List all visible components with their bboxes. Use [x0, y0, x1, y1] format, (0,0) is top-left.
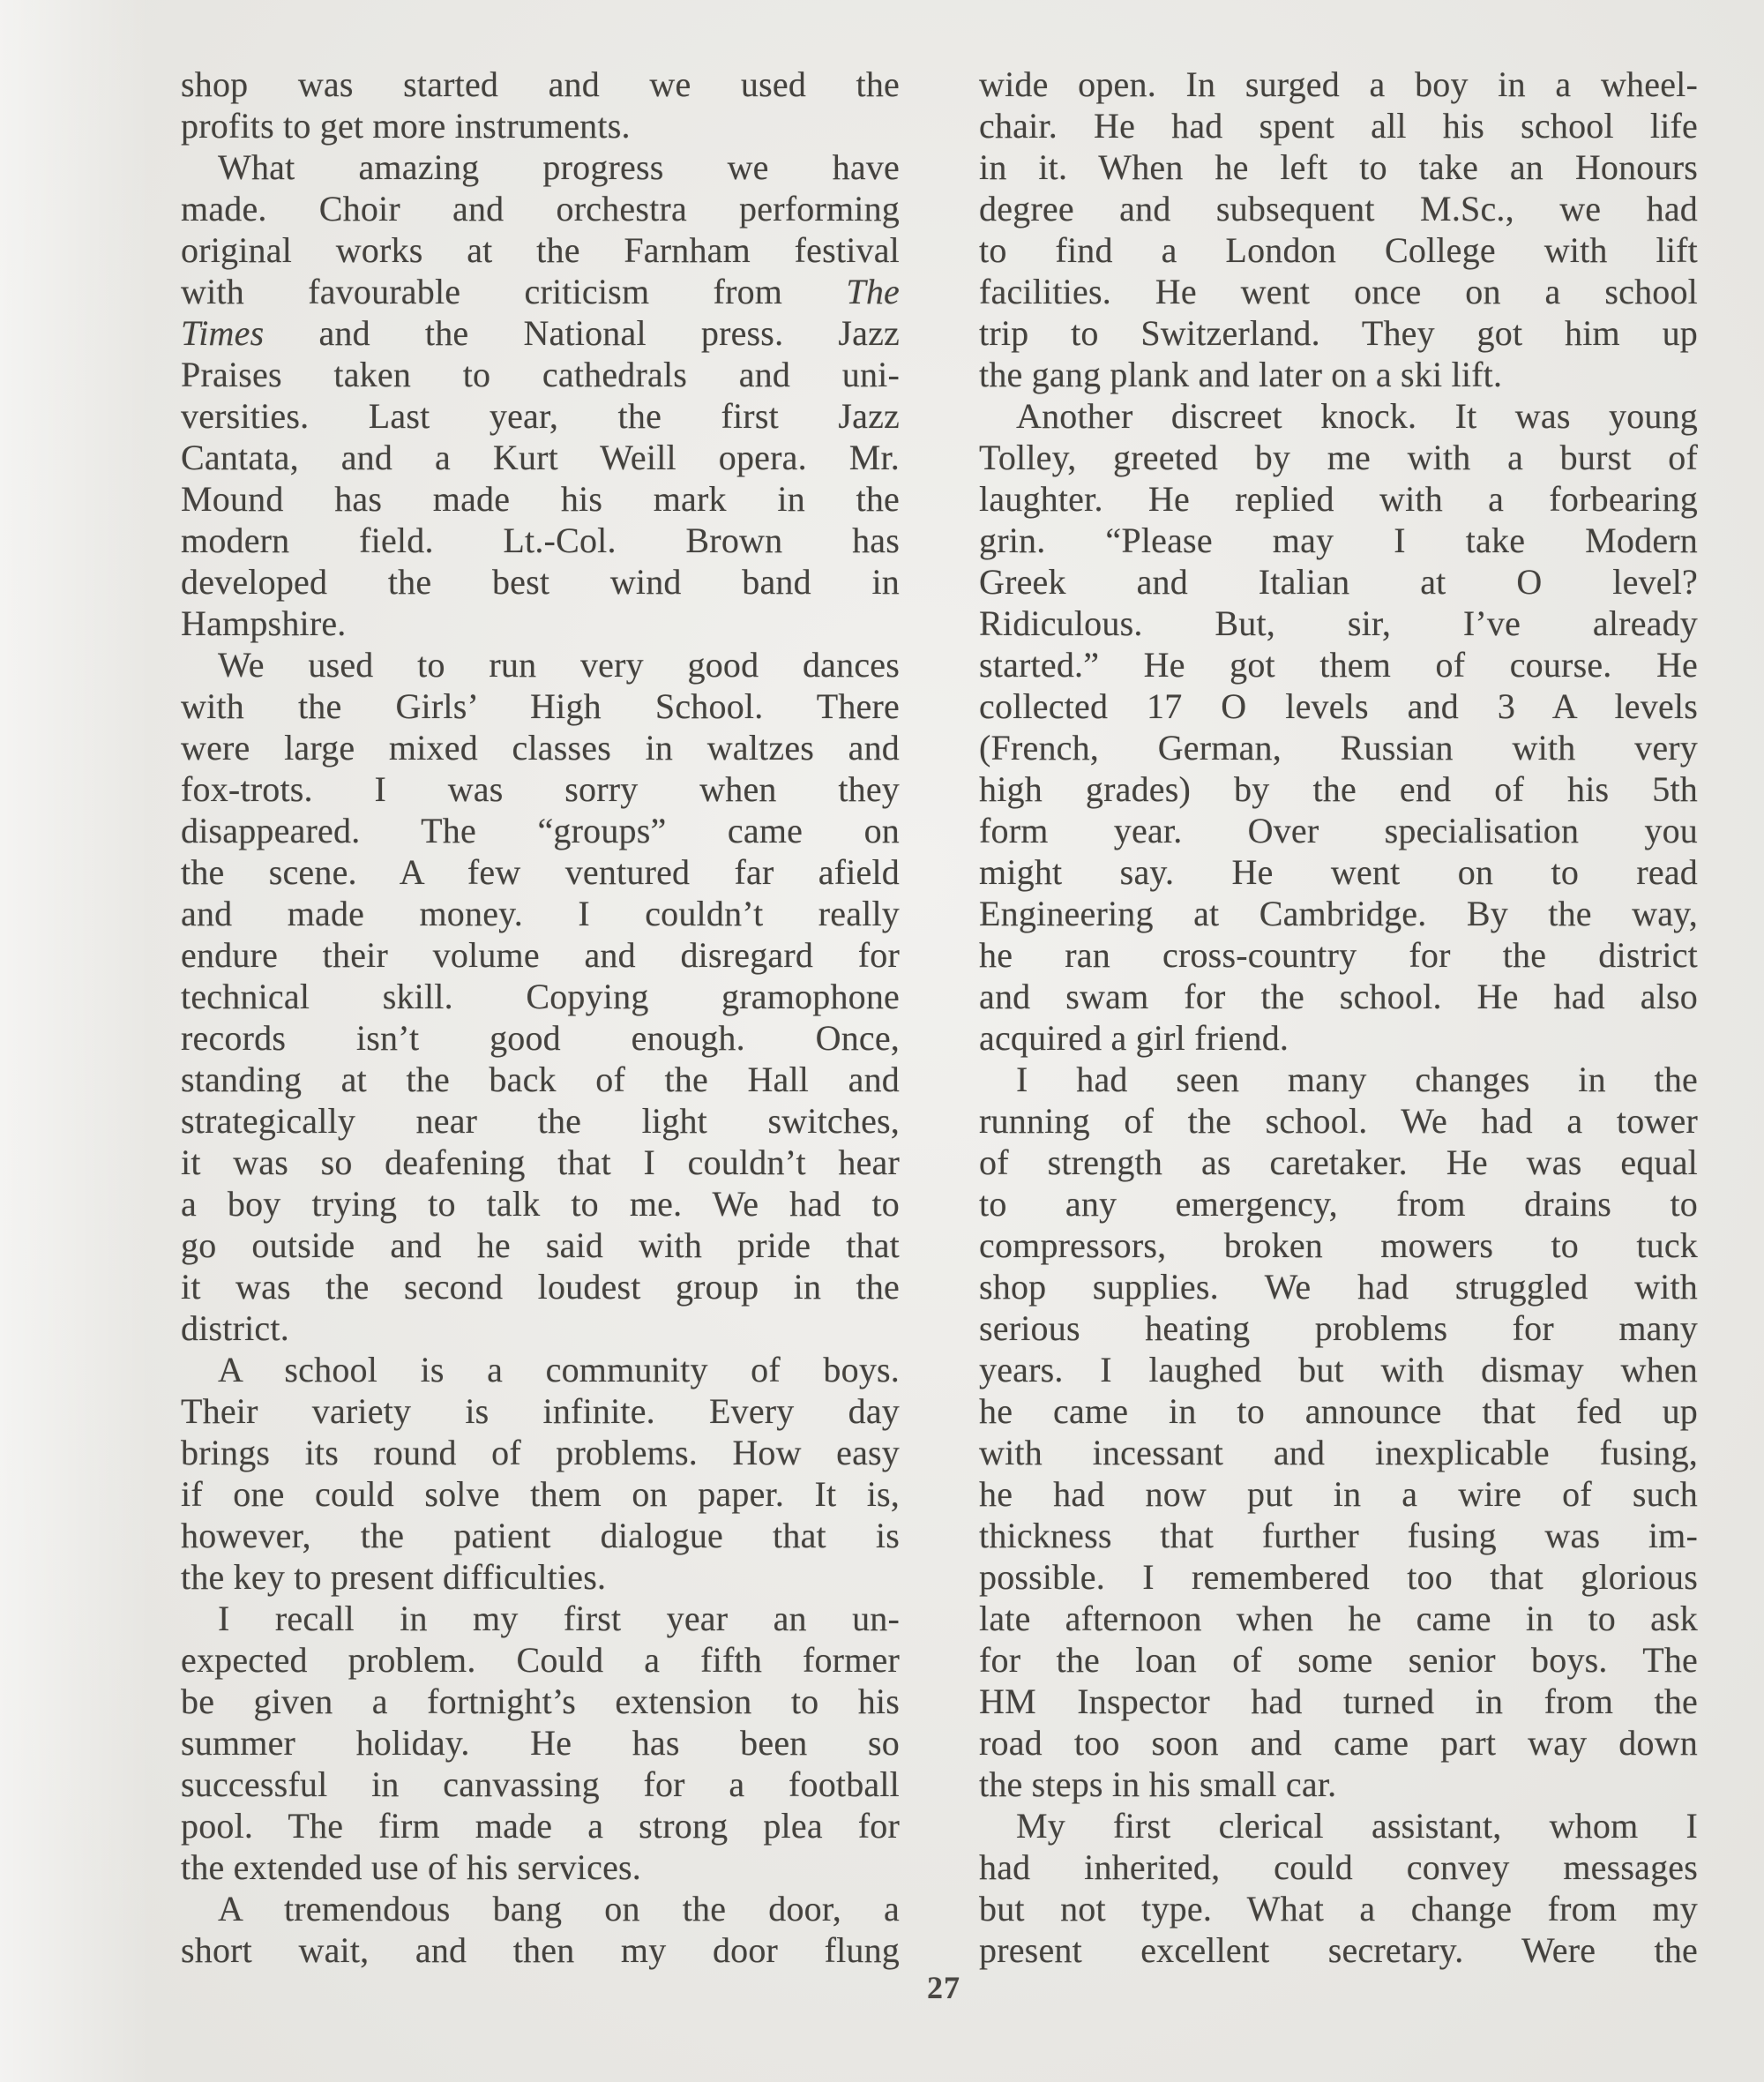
text-line: compressors, broken mowers to tuck: [979, 1224, 1698, 1266]
text-line: (French, German, Russian with very: [979, 727, 1698, 768]
text-line: the gang plank and later on a ski lift.: [979, 354, 1698, 395]
text-line: shop supplies. We had struggled with: [979, 1266, 1698, 1307]
text-line: but not type. What a change from my: [979, 1888, 1698, 1929]
text-line: Tolley, greeted by me with a burst of: [979, 437, 1698, 478]
text-line: made. Choir and orchestra performing: [181, 188, 900, 229]
text-line: short wait, and then my door flung: [181, 1929, 900, 1971]
text-line: and made money. I couldn’t really: [181, 893, 900, 934]
text-line: profits to get more instruments.: [181, 105, 900, 146]
text-line: versities. Last year, the first Jazz: [181, 395, 900, 437]
text-line: be given a fortnight’s extension to his: [181, 1681, 900, 1722]
text-line: with favourable criticism from The: [181, 271, 900, 312]
text-line: high grades) by the end of his 5th: [979, 768, 1698, 810]
text-line: Greek and Italian at O level?: [979, 561, 1698, 603]
text-line: district.: [181, 1307, 900, 1349]
text-line: laughter. He replied with a forbearing: [979, 478, 1698, 520]
text-line: the extended use of his services.: [181, 1846, 900, 1888]
text-line: to find a London College with lift: [979, 229, 1698, 271]
text-line: the steps in his small car.: [979, 1764, 1698, 1805]
text-line: Times and the National press. Jazz: [181, 312, 900, 354]
text-line: HM Inspector had turned in from the: [979, 1681, 1698, 1722]
text-line: grin. “Please may I take Modern: [979, 520, 1698, 561]
text-line: in it. When he left to take an Honours: [979, 146, 1698, 188]
text-line: facilities. He went once on a school: [979, 271, 1698, 312]
text-line: he came in to announce that fed up: [979, 1390, 1698, 1432]
text-column: shop was started and we used theprofits …: [181, 64, 900, 1971]
text-line: We used to run very good dances: [181, 644, 900, 685]
text-line: had inherited, could convey messages: [979, 1846, 1698, 1888]
text-line: were large mixed classes in waltzes and: [181, 727, 900, 768]
book-page: shop was started and we used theprofits …: [0, 0, 1764, 2082]
page-number: 27: [900, 1969, 988, 2006]
text-line: Mound has made his mark in the: [181, 478, 900, 520]
text-line: years. I laughed but with dismay when: [979, 1349, 1698, 1390]
text-line: the scene. A few ventured far afield: [181, 851, 900, 893]
text-line: Cantata, and a Kurt Weill opera. Mr.: [181, 437, 900, 478]
text-column: wide open. In surged a boy in a wheel-ch…: [979, 64, 1698, 1971]
text-line: form year. Over specialisation you: [979, 810, 1698, 851]
text-columns: shop was started and we used theprofits …: [181, 64, 1698, 1971]
text-line: developed the best wind band in: [181, 561, 900, 603]
text-line: collected 17 O levels and 3 A levels: [979, 685, 1698, 727]
text-line: technical skill. Copying gramophone: [181, 976, 900, 1017]
text-line: it was the second loudest group in the: [181, 1266, 900, 1307]
text-line: to any emergency, from drains to: [979, 1183, 1698, 1224]
text-line: pool. The firm made a strong plea for: [181, 1805, 900, 1846]
text-line: for the loan of some senior boys. The: [979, 1639, 1698, 1681]
text-line: present excellent secretary. Were the: [979, 1929, 1698, 1971]
text-line: Ridiculous. But, sir, I’ve already: [979, 603, 1698, 644]
text-line: go outside and he said with pride that: [181, 1224, 900, 1266]
text-line: I had seen many changes in the: [979, 1059, 1698, 1100]
text-line: he ran cross-country for the district: [979, 934, 1698, 976]
text-line: A tremendous bang on the door, a: [181, 1888, 900, 1929]
text-line: I recall in my first year an un-: [181, 1598, 900, 1639]
text-line: with incessant and inexplicable fusing,: [979, 1432, 1698, 1473]
text-line: What amazing progress we have: [181, 146, 900, 188]
text-line: road too soon and came part way down: [979, 1722, 1698, 1764]
text-line: records isn’t good enough. Once,: [181, 1017, 900, 1059]
text-line: and swam for the school. He had also: [979, 976, 1698, 1017]
text-line: Another discreet knock. It was young: [979, 395, 1698, 437]
text-line: it was so deafening that I couldn’t hear: [181, 1142, 900, 1183]
text-line: Praises taken to cathedrals and uni-: [181, 354, 900, 395]
text-line: chair. He had spent all his school life: [979, 105, 1698, 146]
text-line: acquired a girl friend.: [979, 1017, 1698, 1059]
text-line: original works at the Farnham festival: [181, 229, 900, 271]
text-line: if one could solve them on paper. It is,: [181, 1473, 900, 1515]
text-line: running of the school. We had a tower: [979, 1100, 1698, 1142]
text-line: serious heating problems for many: [979, 1307, 1698, 1349]
text-line: wide open. In surged a boy in a wheel-: [979, 64, 1698, 105]
text-line: with the Girls’ High School. There: [181, 685, 900, 727]
text-line: might say. He went on to read: [979, 851, 1698, 893]
text-line: Engineering at Cambridge. By the way,: [979, 893, 1698, 934]
text-line: standing at the back of the Hall and: [181, 1059, 900, 1100]
text-line: Hampshire.: [181, 603, 900, 644]
text-line: the key to present difficulties.: [181, 1556, 900, 1598]
text-line: modern field. Lt.-Col. Brown has: [181, 520, 900, 561]
text-line: thickness that further fusing was im-: [979, 1515, 1698, 1556]
text-line: shop was started and we used the: [181, 64, 900, 105]
text-line: fox-trots. I was sorry when they: [181, 768, 900, 810]
text-line: endure their volume and disregard for: [181, 934, 900, 976]
text-line: strategically near the light switches,: [181, 1100, 900, 1142]
text-line: late afternoon when he came in to ask: [979, 1598, 1698, 1639]
text-line: expected problem. Could a fifth former: [181, 1639, 900, 1681]
text-line: he had now put in a wire of such: [979, 1473, 1698, 1515]
text-line: A school is a community of boys.: [181, 1349, 900, 1390]
text-line: Their variety is infinite. Every day: [181, 1390, 900, 1432]
text-line: started.” He got them of course. He: [979, 644, 1698, 685]
text-line: trip to Switzerland. They got him up: [979, 312, 1698, 354]
text-line: of strength as caretaker. He was equal: [979, 1142, 1698, 1183]
text-line: successful in canvassing for a football: [181, 1764, 900, 1805]
text-line: disappeared. The “groups” came on: [181, 810, 900, 851]
text-line: however, the patient dialogue that is: [181, 1515, 900, 1556]
text-line: brings its round of problems. How easy: [181, 1432, 900, 1473]
text-line: summer holiday. He has been so: [181, 1722, 900, 1764]
text-line: a boy trying to talk to me. We had to: [181, 1183, 900, 1224]
text-line: My first clerical assistant, whom I: [979, 1805, 1698, 1846]
text-line: possible. I remembered too that glorious: [979, 1556, 1698, 1598]
text-line: degree and subsequent M.Sc., we had: [979, 188, 1698, 229]
